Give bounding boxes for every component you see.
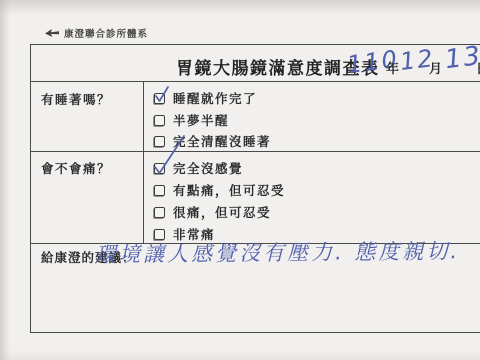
checkbox-icon <box>154 163 165 174</box>
option-label: 半夢半醒 <box>173 111 229 129</box>
table-divider <box>31 81 480 82</box>
day-unit-label: 日 <box>476 58 480 77</box>
option-row: 完全清醒沒睡著 <box>154 132 271 150</box>
scanned-survey-page: 康澄聯合診所體系 胃鏡大腸鏡滿意度調查表 110 年 12 月 13 日 有睡著… <box>0 0 480 360</box>
question-label-sleep: 有睡著嗎？ <box>41 90 111 108</box>
checkbox-icon <box>154 136 165 147</box>
option-label: 很痛，但可忍受 <box>173 203 271 221</box>
option-label: 睡醒就作完了 <box>173 89 257 107</box>
suggestion-handwriting: 環境讓人感覺沒有壓力. 態度親切. <box>95 235 460 269</box>
table-divider <box>31 151 480 152</box>
clinic-logo-icon <box>44 28 60 38</box>
checkbox-icon <box>154 207 165 218</box>
option-label: 有點痛，但可忍受 <box>173 181 285 199</box>
checkbox-icon <box>154 93 165 104</box>
survey-form-table: 胃鏡大腸鏡滿意度調查表 110 年 12 月 13 日 有睡著嗎？ 睡醒就作完了… <box>30 44 480 333</box>
year-unit-label: 年 <box>386 58 399 77</box>
option-row: 有點痛，但可忍受 <box>154 181 285 199</box>
option-row: 很痛，但可忍受 <box>154 203 271 221</box>
clinic-logo: 康澄聯合診所體系 <box>44 26 148 40</box>
option-row: 半夢半醒 <box>154 111 229 129</box>
question-label-pain: 會不會痛？ <box>41 159 111 177</box>
table-column-divider <box>143 81 144 243</box>
option-label: 完全沒感覺 <box>173 159 243 177</box>
handwritten-day: 13 <box>443 41 480 75</box>
month-unit-label: 月 <box>429 58 442 77</box>
checkbox-icon <box>154 185 165 196</box>
option-row: 完全沒感覺 <box>154 159 243 177</box>
option-label: 完全清醒沒睡著 <box>173 132 271 150</box>
clinic-logo-text: 康澄聯合診所體系 <box>64 26 148 40</box>
checkbox-icon <box>154 115 165 126</box>
option-row: 睡醒就作完了 <box>154 89 257 107</box>
